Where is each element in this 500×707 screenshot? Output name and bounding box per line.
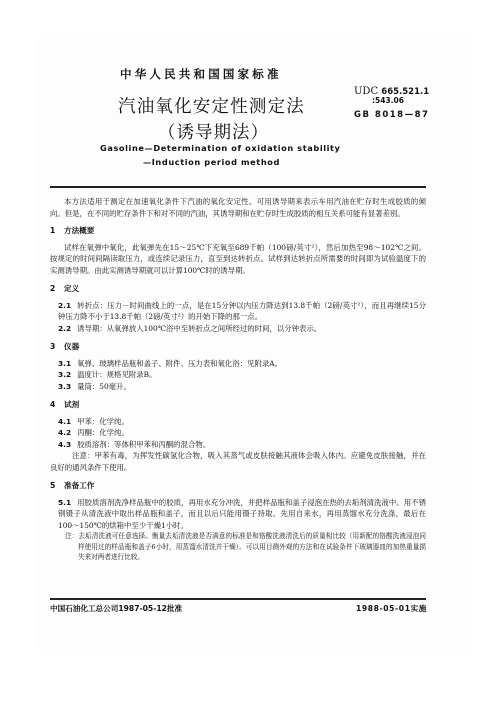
- title-english-line-2: —Induction period method: [100, 155, 341, 169]
- section-4-caution: 注意：甲苯有毒，为挥发性碳氢化合物，吸入其蒸气或皮肤接触其液体会吸入体内。应避免…: [50, 450, 426, 473]
- title-english-line-1: Gasoline—Determination of oxidation stab…: [100, 141, 341, 155]
- section-1-heading: 1方法概要: [50, 225, 426, 237]
- section-5-note: 注：去垢清洗液可任意选择。衡量去垢清洗液是否满意的标准是和铬酸洗液清洗后的质量相…: [50, 531, 426, 563]
- title-chinese: 汽油氧化安定性测定法: [118, 93, 305, 118]
- section-5-heading: 5准备工作: [50, 480, 426, 492]
- standard-name: 中华人民共和国国家标准: [120, 66, 282, 82]
- title-english: Gasoline—Determination of oxidation stab…: [100, 141, 341, 169]
- section-2-heading: 2定义: [50, 283, 426, 295]
- footer-divider: [50, 598, 426, 600]
- section-1-paragraph: 试样在氧弹中氧化，此氧弹先在15～25℃下充氧至689千帕（100磅/英寸²），…: [50, 242, 426, 277]
- gb-number: GB 8018—87: [354, 110, 429, 120]
- udc-code-2: :543.06: [372, 96, 404, 105]
- section-4-3: 4.3胶质溶剂：等体积甲苯和丙酮的混合物。: [50, 439, 426, 451]
- section-2-1: 2.1转折点：压力－时间曲线上的一点，是在15分钟以内压力降达到13.8千帕（2…: [50, 300, 426, 323]
- section-4-1: 4.1甲苯：化学纯。: [50, 416, 426, 428]
- section-3-3: 3.3量筒：50毫升。: [50, 381, 426, 393]
- intro-paragraph: 本方法适用于测定在加速氧化条件下汽油的氧化安定性。可用诱导期来表示车用汽油在贮存…: [50, 196, 426, 219]
- section-5-1: 5.1用胶质溶剂洗净样品瓶中的胶质，再用水充分冲洗，并把样品瓶和盖子浸泡在热的去…: [50, 497, 426, 532]
- section-3-1: 3.1氧弹、玻璃样品瓶和盖子、附件、压力表和氧化浴：见附录A。: [50, 358, 426, 370]
- section-4-2: 4.2丙酮：化学纯。: [50, 427, 426, 439]
- document-body: 本方法适用于测定在加速氧化条件下汽油的氧化安定性。可用诱导期来表示车用汽油在贮存…: [50, 196, 426, 563]
- section-4-heading: 4试剂: [50, 399, 426, 411]
- section-3-2: 3.2温度计：规格见附录B。: [50, 369, 426, 381]
- section-2-2: 2.2诱导期：从氧弹放入100℃浴中至转折点之间所经过的时间，以分钟表示。: [50, 323, 426, 335]
- header-divider: [50, 186, 426, 188]
- effective-date: 1988-05-01实施: [356, 603, 427, 614]
- approval-date: 中国石油化工总公司1987-05-12批准: [50, 603, 182, 614]
- section-3-heading: 3仪器: [50, 341, 426, 353]
